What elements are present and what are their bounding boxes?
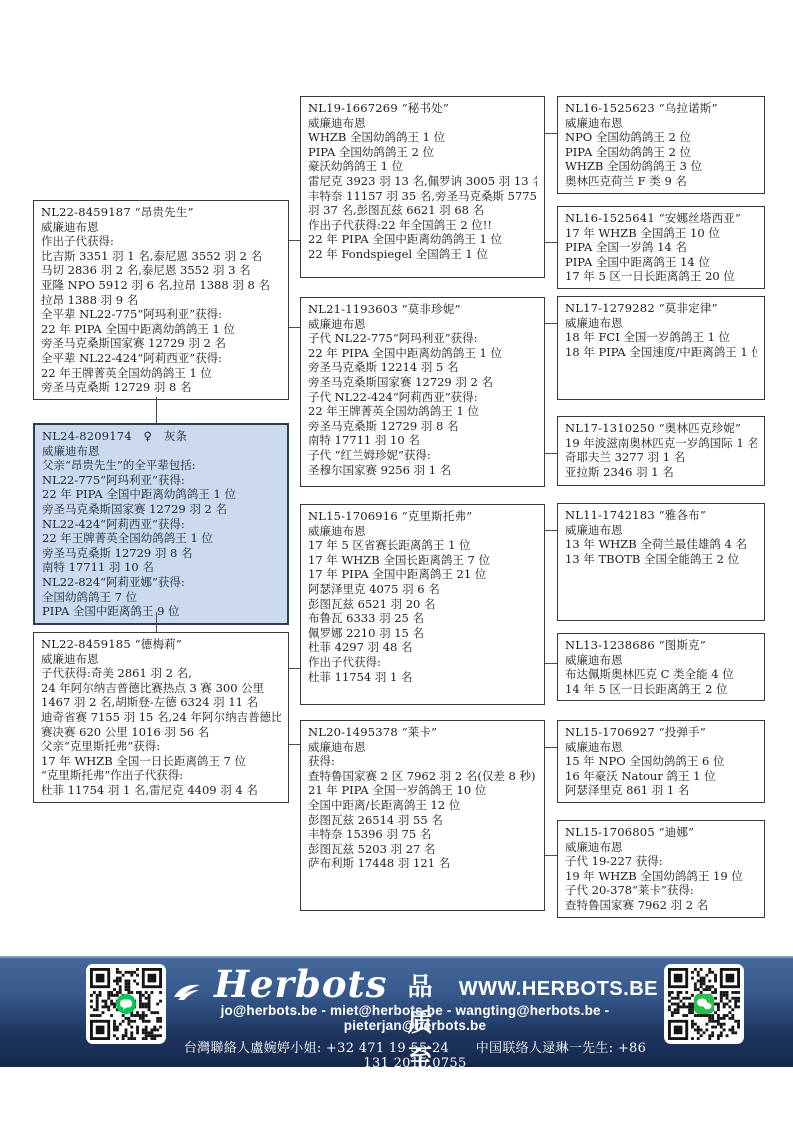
pedigree-line: 旁圣马克桑斯国家赛 12729 羽 2 名: [42, 502, 280, 517]
box-great-grandparent-7: NL15-1706927 “投弹手”威廉迪布恩15 年 NPO 全国幼鸽鸽王 6…: [557, 720, 765, 803]
pedigree-line: 1467 羽 2 名,胡斯登-左德 6324 羽 11 名: [41, 695, 281, 710]
pedigree-line: 17 年 PIPA 全国中距离鸽王 21 位: [308, 567, 537, 582]
pedigree-line: NL24-8209174 ♀ 灰条: [42, 429, 280, 444]
pedigree-line: 13 年 WHZB 全荷兰最佳雄鸽 4 名: [565, 537, 757, 552]
pedigree-line: 获得:: [308, 754, 537, 769]
pedigree-line: 彭图瓦兹 6521 羽 20 名: [308, 597, 537, 612]
connector-line: [545, 747, 557, 748]
pedigree-line: 旁圣马克桑斯国家赛 12729 羽 2 名: [41, 336, 281, 351]
box-paternal-grandmother: NL21-1193603 “莫非珍妮”威廉迪布恩子代 NL22-775“阿玛利亚…: [300, 297, 545, 487]
pedigree-line: 查特鲁国家赛 7962 羽 2 名: [565, 898, 757, 913]
pedigree-line: NL21-1193603 “莫非珍妮”: [308, 302, 537, 317]
pedigree-line: 萨布利斯 17448 羽 121 名: [308, 856, 537, 871]
pedigree-line: 18 年 PIPA 全国速度/中距离鸽王 1 位: [565, 345, 757, 360]
connector-line: [545, 530, 557, 531]
pedigree-line: 13 年 TBOTB 全国全能鸽王 2 位: [565, 552, 757, 567]
pedigree-line: 22 年王牌菁英全国幼鸽鸽王 1 位: [41, 366, 281, 381]
pedigree-line: NL16-1525623 “乌拉诺斯”: [565, 101, 757, 116]
pedigree-line: 19 年波滋南奥林匹克一岁鸽国际 1 名: [565, 436, 757, 451]
pedigree-line: WHZB 全国幼鸽鸽王 1 位: [308, 130, 537, 145]
connector-line: [545, 663, 557, 664]
pedigree-line: 旁圣马克桑斯 12214 羽 5 名: [308, 360, 537, 375]
connector-line: [545, 133, 557, 134]
pedigree-line: 18 年 FCI 全国一岁鸽鸽王 1 位: [565, 330, 757, 345]
pedigree-line: NL19-1667269 “秘书处”: [308, 101, 537, 116]
pedigree-line: 威廉迪布恩: [42, 444, 280, 459]
pedigree-line: 22 年 PIPA 全国中距离幼鸽鸽王 1 位: [41, 322, 281, 337]
pedigree-line: 布鲁瓦 6333 羽 25 名: [308, 611, 537, 626]
pedigree-line: 17 年 5 区省赛长距离鸽王 1 位: [308, 538, 537, 553]
pedigree-line: PIPA 全国幼鸽鸽王 2 位: [565, 145, 757, 160]
pedigree-line: 佩罗娜 2210 羽 15 名: [308, 626, 537, 641]
pedigree-line: 17 年 WHZB 全国长距离鸽王 7 位: [308, 553, 537, 568]
pedigree-line: 父亲“克里斯托弗”获得:: [41, 739, 281, 754]
box-great-grandparent-3: NL17-1279282 “莫非定律”威廉迪布恩18 年 FCI 全国一岁鸽鸽王…: [557, 296, 765, 400]
pedigree-line: 圣穆尔国家赛 9256 羽 1 名: [308, 463, 537, 478]
pedigree-line: 亚隆 NPO 5912 羽 6 名,拉昂 1388 羽 8 名: [41, 278, 281, 293]
pedigree-line: 全国中距离/长距离鸽王 12 位: [308, 798, 537, 813]
pedigree-line: 旁圣马克桑斯 12729 羽 8 名: [42, 546, 280, 561]
pedigree-line: PIPA 全国中距离鸽王 14 位: [565, 255, 757, 270]
pedigree-line: 威廉迪布恩: [565, 840, 757, 855]
pedigree-line: 15 年 NPO 全国幼鸽鸽王 6 位: [565, 754, 757, 769]
pedigree-page: NL22-8459187 “昂贵先生”威廉迪布恩作出子代获得:比吉斯 3351 …: [0, 0, 793, 1122]
pedigree-line: NL11-1742183 “雅各布”: [565, 508, 757, 523]
pedigree-line: 威廉迪布恩: [565, 316, 757, 331]
pedigree-line: 子代 “红兰姆珍妮”获得:: [308, 448, 537, 463]
connector-line: [289, 240, 300, 241]
connector-line: [545, 242, 557, 243]
pedigree-line: 14 年 5 区一日长距离鸽王 2 位: [565, 682, 757, 697]
pedigree-line: 19 年 WHZB 全国幼鸽鸽王 19 位: [565, 869, 757, 884]
pedigree-line: 丰特奈 11157 羽 35 名,旁圣马克桑斯 5775: [308, 189, 537, 204]
pedigree-line: 赛决赛 620 公里 1016 羽 56 名: [41, 725, 281, 740]
pedigree-line: 马切 2836 羽 2 名,泰尼恩 3552 羽 3 名: [41, 263, 281, 278]
box-paternal-grandfather: NL19-1667269 “秘书处”威廉迪布恩WHZB 全国幼鸽鸽王 1 位PI…: [300, 96, 545, 278]
pedigree-line: NL17-1279282 “莫非定律”: [565, 301, 757, 316]
box-great-grandparent-5: NL11-1742183 “雅各布”威廉迪布恩13 年 WHZB 全荷兰最佳雄鸽…: [557, 503, 765, 621]
pedigree-line: 17 年 WHZB 全国一日长距离鸽王 7 位: [41, 754, 281, 769]
pedigree-line: PIPA 全国中距离鸽王 9 位: [42, 604, 280, 619]
pedigree-line: 奥林匹克荷兰 F 类 9 名: [565, 174, 757, 189]
pedigree-line: 22 年王牌菁英全国幼鸽鸽王 1 位: [42, 531, 280, 546]
pedigree-line: 彭图瓦兹 26514 羽 55 名: [308, 813, 537, 828]
pedigree-line: 豪沃幼鸽鸽王 1 位: [308, 159, 537, 174]
pedigree-line: 南特 17711 羽 10 名: [308, 433, 537, 448]
pedigree-line: WHZB 全国幼鸽鸽王 3 位: [565, 159, 757, 174]
line-icon: [116, 994, 136, 1014]
wechat-icon: [694, 994, 714, 1014]
pedigree-line: 威廉迪布恩: [308, 116, 537, 131]
pedigree-line: 威廉迪布恩: [308, 524, 537, 539]
pedigree-line: 雷尼克 3923 羽 13 名,佩罗讷 3005 羽 13 名,: [308, 174, 537, 189]
pedigree-line: 22 年 PIPA 全国中距离幼鸽鸽王 1 位: [308, 346, 537, 361]
pedigree-line: 杜菲 11754 羽 1 名,雷尼克 4409 羽 4 名: [41, 783, 281, 798]
pedigree-line: 子代 19-227 获得:: [565, 854, 757, 869]
pedigree-line: 作出子代获得:: [41, 234, 281, 249]
pedigree-line: 16 年豪沃 Natour 鸽王 1 位: [565, 769, 757, 784]
pedigree-line: 17 年 WHZB 全国鸽王 10 位: [565, 226, 757, 241]
connector-line: [156, 397, 157, 423]
pedigree-line: NL15-1706805 “迪娜”: [565, 825, 757, 840]
pedigree-line: 威廉迪布恩: [308, 740, 537, 755]
pedigree-line: “克里斯托弗”作出子代获得:: [41, 768, 281, 783]
pedigree-line: NL16-1525641 “安娜丝塔西亚”: [565, 211, 757, 226]
pedigree-line: 全平辈 NL22-775“阿玛利亚”获得:: [41, 307, 281, 322]
pedigree-line: 旁圣马克桑斯 12729 羽 8 名: [308, 419, 537, 434]
pedigree-line: NL22-424“阿莉西亚”获得:: [42, 517, 280, 532]
pedigree-line: 子代获得:奇美 2861 羽 2 名,: [41, 666, 281, 681]
pedigree-line: 阿瑟泽里克 861 羽 1 名: [565, 783, 757, 798]
pedigree-line: 威廉迪布恩: [565, 740, 757, 755]
pedigree-line: 威廉迪布恩: [565, 116, 757, 131]
pedigree-line: PIPA 全国幼鸽鸽王 2 位: [308, 145, 537, 160]
website-link[interactable]: WWW.HERBOTS.BE: [459, 978, 658, 1001]
pedigree-line: NL22-775“阿玛利亚”获得:: [42, 473, 280, 488]
pedigree-line: 查特鲁国家赛 2 区 7962 羽 2 名(仅差 8 秒): [308, 769, 537, 784]
pedigree-line: 杜菲 4297 羽 48 名: [308, 640, 537, 655]
pedigree-line: 亚拉斯 2346 羽 1 名: [565, 465, 757, 480]
pedigree-line: 威廉迪布恩: [308, 317, 537, 332]
connector-line: [289, 327, 300, 328]
connector-line: [545, 453, 557, 454]
pedigree-line: 拉昂 1388 羽 9 名: [41, 293, 281, 308]
pedigree-line: 17 年 5 区一日长距离鸽王 20 位: [565, 269, 757, 284]
pedigree-line: 阿瑟泽里克 4075 羽 6 名: [308, 582, 537, 597]
pedigree-line: NL22-8459185 “德梅莉”: [41, 637, 281, 652]
pedigree-line: 24 年阿尔纳吉普德比赛热点 3 赛 300 公里: [41, 681, 281, 696]
contact-phones: 台灣聯絡人盧婉婷小姐: +32 471 19 55 24 中国联络人逯琳一先生:…: [172, 1037, 658, 1071]
pedigree-line: 迪奇省赛 7155 羽 15 名,24 年阿尔纳吉普德比: [41, 710, 281, 725]
pedigree-line: 南特 17711 羽 10 名: [42, 560, 280, 575]
family-tagline: 贺伯特家族...秉持品质第一与诚实可靠，力求提供完美的服务！: [172, 1075, 658, 1122]
pedigree-line: NL13-1238686 “图斯克”: [565, 638, 757, 653]
pedigree-line: 作出子代获得:: [308, 655, 537, 670]
box-great-grandparent-8: NL15-1706805 “迪娜”威廉迪布恩子代 19-227 获得:19 年 …: [557, 820, 765, 918]
email-links[interactable]: jo@herbots.be - miet@herbots.be - wangti…: [172, 1003, 658, 1033]
pedigree-line: 威廉迪布恩: [565, 653, 757, 668]
line-qr-code: [86, 964, 166, 1044]
connector-line: [545, 855, 557, 856]
pedigree-line: 22 年 Fondspiegel 全国鸽王 1 位: [308, 247, 537, 262]
connector-line: [156, 612, 157, 632]
pedigree-line: 21 年 PIPA 全国一岁鸽鸽王 10 位: [308, 783, 537, 798]
box-great-grandparent-1: NL16-1525623 “乌拉诺斯”威廉迪布恩NPO 全国幼鸽鸽王 2 位PI…: [557, 96, 765, 194]
pedigree-line: 奇耶夫兰 3277 羽 1 名: [565, 450, 757, 465]
box-maternal-grandfather: NL15-1706916 “克里斯托弗”威廉迪布恩17 年 5 区省赛长距离鸽王…: [300, 504, 545, 705]
pedigree-line: 22 年 PIPA 全国中距离幼鸽鸽王 1 位: [42, 487, 280, 502]
pedigree-line: NL15-1706916 “克里斯托弗”: [308, 509, 537, 524]
herbots-logo: Herbots: [214, 962, 387, 1006]
pedigree-line: 旁圣马克桑斯国家赛 12729 羽 2 名: [308, 375, 537, 390]
connector-line: [289, 668, 300, 669]
pedigree-line: 父亲“昂贵先生”的全平辈包括:: [42, 458, 280, 473]
pedigree-line: 子代 20-378“莱卡”获得:: [565, 883, 757, 898]
pedigree-line: 作出子代获得:22 年全国鸽王 2 位!!: [308, 218, 537, 233]
pedigree-line: 羽 37 名,彭图瓦兹 6621 羽 68 名: [308, 203, 537, 218]
box-father: NL22-8459187 “昂贵先生”威廉迪布恩作出子代获得:比吉斯 3351 …: [33, 200, 289, 400]
pedigree-line: NPO 全国幼鸽鸽王 2 位: [565, 130, 757, 145]
pedigree-line: NL17-1310250 “奥林匹克珍妮”: [565, 421, 757, 436]
box-great-grandparent-6: NL13-1238686 “图斯克”威廉迪布恩布达佩斯奥林匹克 C 类全能 4 …: [557, 633, 765, 701]
footer: Herbots 品质至上 WWW.HERBOTS.BE jo@herbots.b…: [0, 956, 793, 1067]
pedigree-line: 彭图瓦兹 5203 羽 27 名: [308, 842, 537, 857]
connector-line: [545, 323, 557, 324]
pedigree-line: 杜菲 11754 羽 1 名: [308, 670, 537, 685]
pedigree-line: NL22-8459187 “昂贵先生”: [41, 205, 281, 220]
wechat-qr-code: [664, 964, 744, 1044]
box-mother: NL22-8459185 “德梅莉”威廉迪布恩子代获得:奇美 2861 羽 2 …: [33, 632, 289, 803]
box-subject: NL24-8209174 ♀ 灰条威廉迪布恩父亲“昂贵先生”的全平辈包括:NL2…: [33, 423, 289, 625]
pedigree-line: NL15-1706927 “投弹手”: [565, 725, 757, 740]
pedigree-line: 22 年王牌菁英全国幼鸽鸽王 1 位: [308, 404, 537, 419]
pedigree-line: 丰特奈 15396 羽 75 名: [308, 827, 537, 842]
box-great-grandparent-2: NL16-1525641 “安娜丝塔西亚”17 年 WHZB 全国鸽王 10 位…: [557, 206, 765, 289]
pedigree-line: 子代 NL22-775“阿玛利亚”获得:: [308, 331, 537, 346]
pedigree-line: 子代 NL22-424“阿莉西亚”获得:: [308, 390, 537, 405]
pedigree-line: 22 年 PIPA 全国中距离幼鸽鸽王 1 位: [308, 232, 537, 247]
pedigree-line: 威廉迪布恩: [565, 523, 757, 538]
pedigree-line: 威廉迪布恩: [41, 652, 281, 667]
pedigree-line: NL22-824“阿莉亚娜”获得:: [42, 575, 280, 590]
pedigree-line: 布达佩斯奥林匹克 C 类全能 4 位: [565, 667, 757, 682]
connector-line: [289, 744, 300, 745]
pedigree-line: NL20-1495378 “莱卡”: [308, 725, 537, 740]
pedigree-line: 比吉斯 3351 羽 1 名,泰尼恩 3552 羽 2 名: [41, 249, 281, 264]
wing-icon: [172, 981, 202, 1006]
pedigree-line: 全国幼鸽鸽王 7 位: [42, 590, 280, 605]
pedigree-line: 旁圣马克桑斯 12729 羽 8 名: [41, 380, 281, 395]
box-maternal-grandmother: NL20-1495378 “莱卡”威廉迪布恩获得:查特鲁国家赛 2 区 7962…: [300, 720, 545, 911]
box-great-grandparent-4: NL17-1310250 “奥林匹克珍妮”19 年波滋南奥林匹克一岁鸽国际 1 …: [557, 416, 765, 486]
pedigree-line: 全平辈 NL22-424“阿莉西亚”获得:: [41, 351, 281, 366]
pedigree-line: 威廉迪布恩: [41, 220, 281, 235]
pedigree-line: PIPA 全国一岁鸽 14 名: [565, 240, 757, 255]
